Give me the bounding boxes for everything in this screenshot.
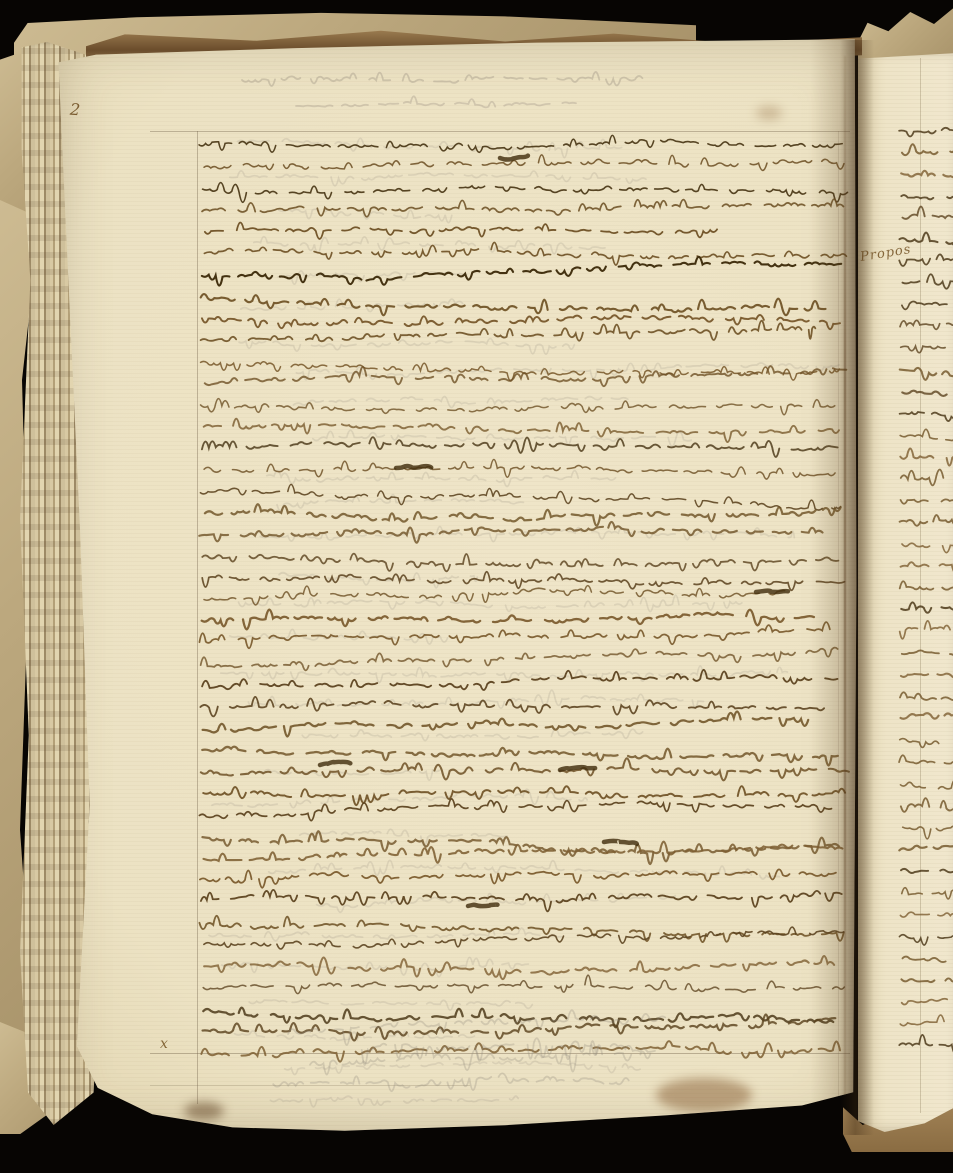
page-number: 2 — [69, 100, 80, 120]
page-gutter-shading — [810, 36, 858, 1134]
fox-spot — [756, 106, 782, 120]
ink-stain — [184, 1102, 224, 1120]
manuscript-right-page-sliver: Propos — [858, 50, 953, 1132]
ink-stain — [656, 1078, 752, 1112]
manuscript-photo: { "photo": { "subject": "opened bound ma… — [0, 0, 953, 1173]
facing-page-line-beginnings — [858, 50, 953, 1132]
bottom-margin-mark: x — [160, 1036, 168, 1052]
manuscript-left-page: 2 x — [56, 36, 858, 1134]
page-crease — [844, 56, 846, 1131]
handwritten-latin-text-block — [56, 36, 858, 1134]
